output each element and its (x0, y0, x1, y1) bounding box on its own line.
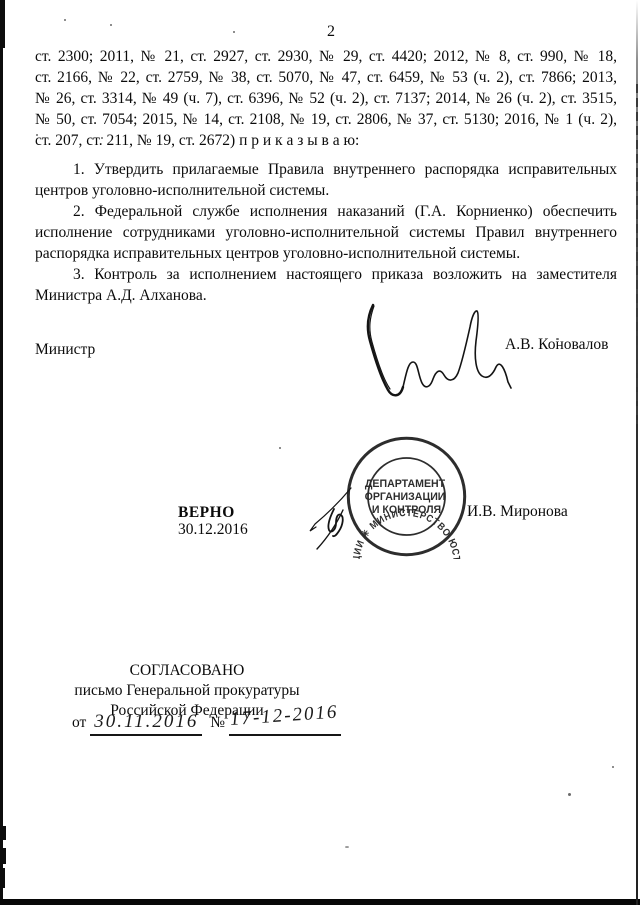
intro-line: № 26, ст. 3314, № 49 (ч. 7), ст. 6396, №… (35, 88, 617, 109)
certifier-signature (285, 480, 385, 565)
scanned-order-page: 2 ст. 2300; 2011, № 21, ст. 2927, ст. 29… (0, 0, 640, 905)
approval-date-row: от30.11.2016 №17-12-2016 (72, 710, 412, 736)
scan-speck (345, 846, 349, 848)
scan-speck (279, 447, 281, 449)
handwritten-date: 30.11.2016 (94, 710, 198, 734)
date-blank: 30.11.2016 (90, 710, 202, 736)
scan-speck (568, 793, 571, 796)
number-blank: 17-12-2016 (229, 710, 341, 736)
paragraph-line: центров уголовно-исполнительной системы. (35, 180, 617, 201)
approval-title: СОГЛАСОВАНО (57, 661, 317, 681)
minister-name: А.В. Коновалов (505, 336, 608, 354)
paragraph-line: Министра А.Д. Алханова. (35, 285, 617, 306)
paragraph-line: 3. Контроль за исполнением настоящего пр… (35, 264, 617, 285)
scan-edge-left-blot (0, 848, 6, 864)
intro-line: № 50, ст. 7054; 2015, № 14, ст. 2108, № … (35, 109, 617, 130)
paragraph-line: распорядка исправительных центров уголов… (35, 243, 617, 264)
intro-line: ст. 2166, № 22, ст. 2759, № 38, ст. 5070… (35, 67, 617, 88)
approval-line: письмо Генеральной прокуратуры (57, 681, 317, 701)
paragraph-line: 2. Федеральной службе исполнения наказан… (35, 201, 617, 222)
ot-label: от (72, 714, 86, 731)
scan-edge-left-blot (0, 868, 5, 888)
scan-edge-left (0, 0, 3, 905)
verno-block: ВЕРНО 30.12.2016 (178, 504, 248, 538)
minister-title: Министр (35, 341, 95, 359)
verno-label: ВЕРНО (178, 504, 248, 521)
intro-line-orders: ст. 207, ст. 211, № 19, ст. 2672) п р и … (35, 130, 617, 151)
scan-edge-right-dashes (636, 84, 638, 424)
scan-speck (612, 766, 614, 768)
scan-edge-left-blot (0, 826, 6, 840)
order-body-text: ст. 2300; 2011, № 21, ст. 2927, ст. 2930… (35, 46, 617, 306)
verno-date: 30.12.2016 (178, 521, 248, 538)
paragraph-line: исполнение сотрудниками уголовно-исполни… (35, 222, 617, 243)
scan-edge-bottom (0, 899, 640, 905)
minister-signature (330, 295, 515, 410)
intro-line: ст. 2300; 2011, № 21, ст. 2927, ст. 2930… (35, 46, 617, 67)
certifier-name: И.В. Миронова (467, 503, 568, 521)
number-label: № (210, 714, 225, 731)
page-number: 2 (0, 23, 640, 41)
scan-speck (64, 19, 66, 21)
paragraph-line: 1. Утвердить прилагаемые Правила внутрен… (35, 159, 617, 180)
